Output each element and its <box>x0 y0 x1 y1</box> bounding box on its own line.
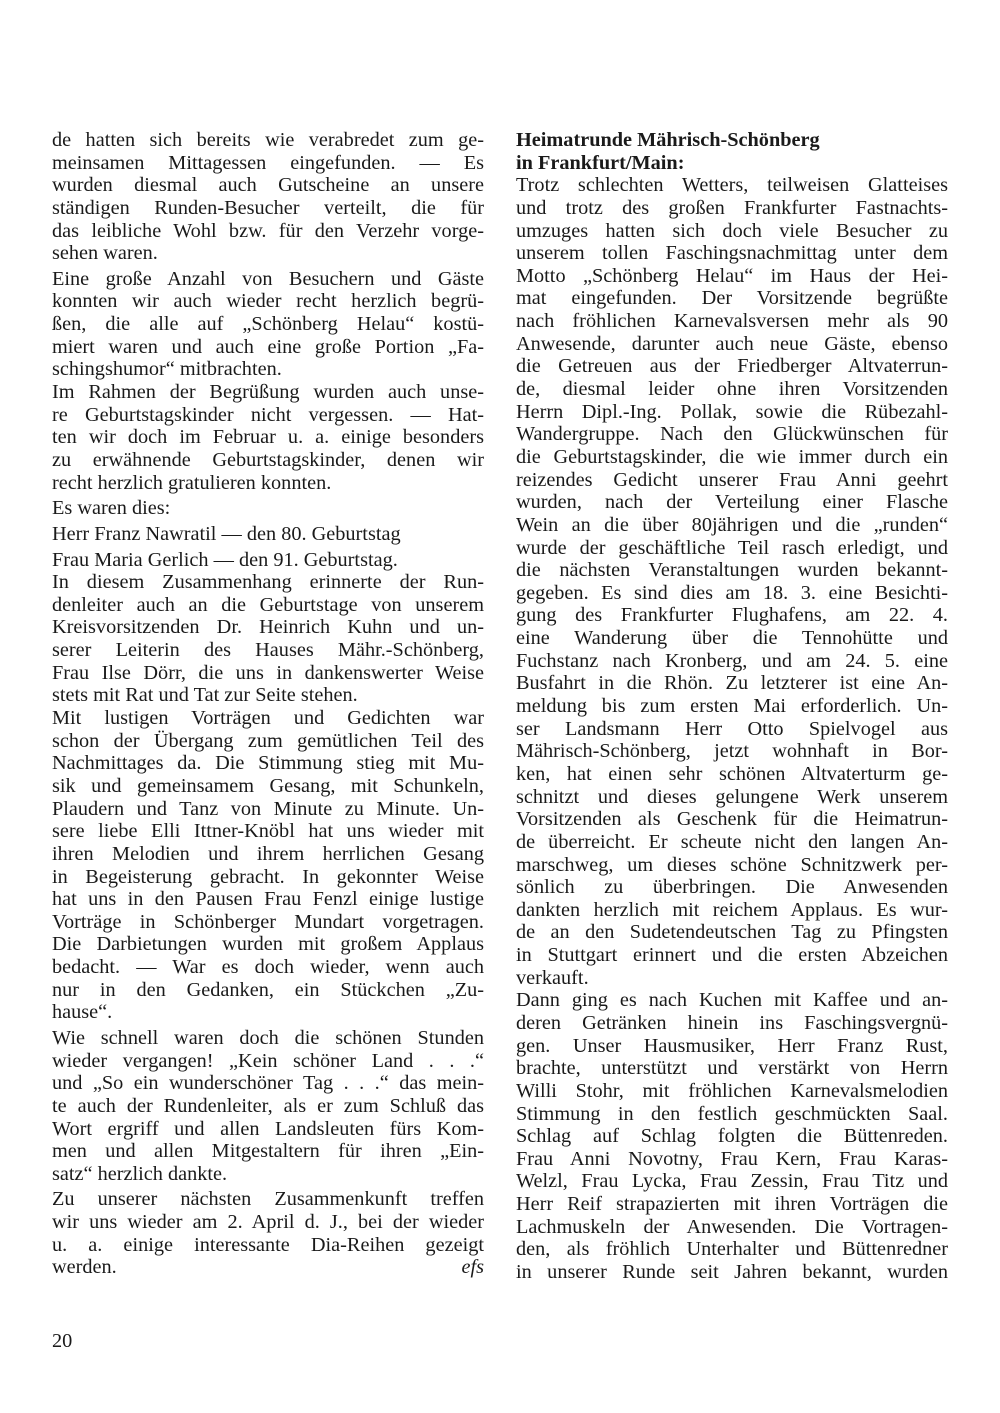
text-line: stets mit Rat und Tat zur Seite stehen. <box>52 684 484 707</box>
text-line: de, diesmal leider ohne ihren Vorsitzend… <box>516 378 948 401</box>
text-line: wurde der geschäftliche Teil rasch erled… <box>516 537 948 560</box>
paragraph-carnival-speeches: Dann ging es nach Kuchen mit Kaffee und … <box>516 989 948 1283</box>
paragraph-carnival-afternoon: Trotz schlechten Wetters, teilweisen Gla… <box>516 174 948 989</box>
text-line: satz“ herzlich dankte. <box>52 1163 484 1186</box>
text-line: Fuchstanz nach Kronberg, und am 24. 5. e… <box>516 650 948 673</box>
text-line: wieder vergangen! „Kein schöner Land . .… <box>52 1050 484 1073</box>
text-line: Wort ergriff und allen Landsleuten fürs … <box>52 1118 484 1141</box>
text-line: Herrn Dipl.-Ing. Pollak, sowie die Rübez… <box>516 401 948 424</box>
text-line: den, als fröhlich Unterhalter und Bütten… <box>516 1238 948 1261</box>
signoff-line: werden. efs <box>52 1256 484 1279</box>
text-line: in unserer Runde seit Jahren bekannt, wu… <box>516 1261 948 1284</box>
text-line: Schlag auf Schlag folgten die Büttenrede… <box>516 1125 948 1148</box>
paragraph-birthdays-intro: Im Rahmen der Begrüßung wurden auch unse… <box>52 381 484 494</box>
left-column: de hatten sich bereits wie verabredet zu… <box>52 129 484 1279</box>
text-line: schingshumor“ mitbrachten. <box>52 358 484 381</box>
text-line: gung des Frankfurter Flughafens, am 22. … <box>516 604 948 627</box>
text-line: Wie schnell waren doch die schönen Stund… <box>52 1027 484 1050</box>
text-line: hause“. <box>52 1001 484 1024</box>
text-line: zu erwähnende Geburtstagskinder, denen w… <box>52 449 484 472</box>
text-line: miert waren und auch eine große Portion … <box>52 336 484 359</box>
text-line: serer Leiterin des Hauses Mähr.-Schönber… <box>52 639 484 662</box>
text-line: re Geburtstagskinder nicht vergessen. — … <box>52 404 484 427</box>
text-line: gen. Unser Hausmusiker, Herr Franz Rust, <box>516 1035 948 1058</box>
text-line: In diesem Zusammenhang erinnerte der Run… <box>52 571 484 594</box>
text-line: Willi Stohr, mit fröhlichen Karnevalsmel… <box>516 1080 948 1103</box>
text-line: in Stuttgart erinnert und die ersten Abz… <box>516 944 948 967</box>
text-line: die nächsten Veranstaltungen wurden beka… <box>516 559 948 582</box>
birthday-entry: Herr Franz Nawratil — den 80. Geburtstag <box>52 523 484 546</box>
text-line: Im Rahmen der Begrüßung wurden auch unse… <box>52 381 484 404</box>
text-line: brachte, unterstützt und verstärkt von H… <box>516 1057 948 1080</box>
birthday-entry: Frau Maria Gerlich — den 91. Geburtstag. <box>52 549 484 572</box>
text-line: meinsamen Mittagessen eingefunden. — Es <box>52 152 484 175</box>
paragraph-birthdays-label: Es waren dies: <box>52 497 484 520</box>
right-column: Heimatrunde Mährisch-Schönberg in Frankf… <box>516 129 948 1284</box>
heading-line: Heimatrunde Mährisch-Schönberg <box>516 129 948 152</box>
text-line: konnten wir auch wieder recht herzlich b… <box>52 290 484 313</box>
heading-line: in Frankfurt/Main: <box>516 152 948 175</box>
text-line: sere liebe Elli Ittner-Knöbl hat uns wie… <box>52 820 484 843</box>
text-line: Plaudern und Tanz von Minute zu Minute. … <box>52 798 484 821</box>
text-line: Die Darbietungen wurden mit großem Appla… <box>52 933 484 956</box>
text-line: reizendes Gedicht unserer Frau Anni geeh… <box>516 469 948 492</box>
text-line: Kreisvorsitzenden Dr. Heinrich Kuhn und … <box>52 616 484 639</box>
text-line: Frau Maria Gerlich — den 91. Geburtstag. <box>52 549 484 572</box>
text-line: die Getreuen aus der Friedberger Altvate… <box>516 355 948 378</box>
text-line: men und allen Mitgestaltern für ihren „E… <box>52 1140 484 1163</box>
text-line: verkauft. <box>516 967 948 990</box>
text-line: Mit lustigen Vorträgen und Gedichten war <box>52 707 484 730</box>
text-line: Welzl, Frau Lycka, Frau Zessin, Frau Tit… <box>516 1170 948 1193</box>
text-line: de überreicht. Er scheute nicht den lang… <box>516 831 948 854</box>
text-line: wurden, nach der Verteilung einer Flasch… <box>516 491 948 514</box>
text-line: dankten herzlich mit reichem Applaus. Es… <box>516 899 948 922</box>
text-line: Busfahrt in die Rhön. Zu letzterer ist e… <box>516 672 948 695</box>
text-line: unserem tollen Faschingsnachmittag unter… <box>516 242 948 265</box>
text-line: nach fröhlichen Karnevalsversen mehr als… <box>516 310 948 333</box>
text-line: werden. <box>52 1256 117 1279</box>
text-line: ihren Melodien und ihrem herrlichen Gesa… <box>52 843 484 866</box>
text-line: Stimmung in den festlich geschmückten Sa… <box>516 1103 948 1126</box>
author-signature: efs <box>461 1256 484 1279</box>
paragraph-next-meeting: Zu unserer nächsten Zusammenkunft treffe… <box>52 1188 484 1279</box>
text-line: wurden diesmal auch Gutscheine an unsere <box>52 174 484 197</box>
text-line: und „So ein wunderschöner Tag . . .“ das… <box>52 1072 484 1095</box>
text-line: de hatten sich bereits wie verabredet zu… <box>52 129 484 152</box>
text-line: Vorträge in Schönberger Mundart vorgetra… <box>52 911 484 934</box>
text-line: denleiter auch an die Geburtstage von un… <box>52 594 484 617</box>
paragraph-lunch-vouchers: de hatten sich bereits wie verabredet zu… <box>52 129 484 265</box>
text-line: in Begeisterung gebracht. In gekonnter W… <box>52 866 484 889</box>
text-line: ser Landsmann Herr Otto Spielvogel aus <box>516 718 948 741</box>
text-line: Herr Franz Nawratil — den 80. Geburtstag <box>52 523 484 546</box>
text-line: Anwesende, darunter auch neue Gäste, ebe… <box>516 333 948 356</box>
text-line: u. a. einige interessante Dia-Reihen gez… <box>52 1234 484 1257</box>
paragraph-entertainment: Mit lustigen Vorträgen und Gedichten war… <box>52 707 484 1024</box>
text-line: nur in den Gedanken, ein Stückchen „Zu- <box>52 979 484 1002</box>
text-line: Frau Anni Novotny, Frau Kern, Frau Karas… <box>516 1148 948 1171</box>
text-line: Vorsitzenden als Geschenk für die Heimat… <box>516 808 948 831</box>
text-line: bedacht. — War es doch wieder, wenn auch <box>52 956 484 979</box>
page-number: 20 <box>52 1330 72 1352</box>
text-line: Frau Ilse Dörr, die uns in dankenswerter… <box>52 662 484 685</box>
text-line: Lachmuskeln der Anwesenden. Die Vortrage… <box>516 1216 948 1239</box>
text-line: schnitzt und dieses gelungene Werk unser… <box>516 786 948 809</box>
text-line: Motto „Schönberg Helau“ im Haus der Hei- <box>516 265 948 288</box>
text-line: hat uns in den Pausen Frau Fenzl einige … <box>52 888 484 911</box>
text-line: Herr Reif strapazierten mit ihren Vorträ… <box>516 1193 948 1216</box>
text-line: de an den Sudetendeutschen Tag zu Pfings… <box>516 921 948 944</box>
text-line: wir uns wieder am 2. April d. J., bei de… <box>52 1211 484 1234</box>
text-line: und trotz des großen Frankfurter Fastnac… <box>516 197 948 220</box>
text-line: meldung bis zum ersten Mai erforderlich.… <box>516 695 948 718</box>
paragraph-guests: Eine große Anzahl von Besuchern und Gäst… <box>52 268 484 381</box>
text-line: Zu unserer nächsten Zusammenkunft treffe… <box>52 1188 484 1211</box>
text-line: sehen waren. <box>52 242 484 265</box>
text-line: ten wir doch im Februar u. a. einige bes… <box>52 426 484 449</box>
text-line: Trotz schlechten Wetters, teilweisen Gla… <box>516 174 948 197</box>
text-line: Dann ging es nach Kuchen mit Kaffee und … <box>516 989 948 1012</box>
text-line: sik und gemeinsamem Gesang, mit Schunkel… <box>52 775 484 798</box>
text-line: Wein an die über 80jährigen und die „run… <box>516 514 948 537</box>
text-line: sönlich zu überbringen. Die Anwesenden <box>516 876 948 899</box>
text-line: Eine große Anzahl von Besuchern und Gäst… <box>52 268 484 291</box>
text-line: Wandergruppe. Nach den Glückwünschen für <box>516 423 948 446</box>
text-line: Mährisch-Schönberg, jetzt wohnhaft in Bo… <box>516 740 948 763</box>
paragraph-chairman-birthdays: In diesem Zusammenhang erinnerte der Run… <box>52 571 484 707</box>
text-line: die Geburtstagskinder, die wie immer dur… <box>516 446 948 469</box>
text-line: umzuges hatten sich doch viele Besucher … <box>516 220 948 243</box>
text-line: ständigen Runden-Besucher verteilt, die … <box>52 197 484 220</box>
text-line: marschweg, um dieses schöne Schnitzwerk … <box>516 854 948 877</box>
text-line: ken, hat einen sehr schönen Altvaterturm… <box>516 763 948 786</box>
text-line: Es waren dies: <box>52 497 484 520</box>
text-line: mat eingefunden. Der Vorsitzende begrüßt… <box>516 287 948 310</box>
text-line: schon der Übergang zum gemütlichen Teil … <box>52 730 484 753</box>
text-line: gegeben. Es sind dies am 18. 3. eine Bes… <box>516 582 948 605</box>
text-line: Nachmittages da. Die Stimmung stieg mit … <box>52 752 484 775</box>
paragraph-farewell: Wie schnell waren doch die schönen Stund… <box>52 1027 484 1185</box>
text-line: das leibliche Wohl bzw. für den Verzehr … <box>52 220 484 243</box>
text-line: deren Getränken hinein ins Faschingsverg… <box>516 1012 948 1035</box>
text-line: ßen, die alle auf „Schönberg Helau“ kost… <box>52 313 484 336</box>
text-line: recht herzlich gratulieren konnten. <box>52 472 484 495</box>
section-heading: Heimatrunde Mährisch-Schönberg in Frankf… <box>516 129 948 174</box>
text-line: te auch der Rundenleiter, als er zum Sch… <box>52 1095 484 1118</box>
text-line: eine Wanderung über die Tennohütte und <box>516 627 948 650</box>
